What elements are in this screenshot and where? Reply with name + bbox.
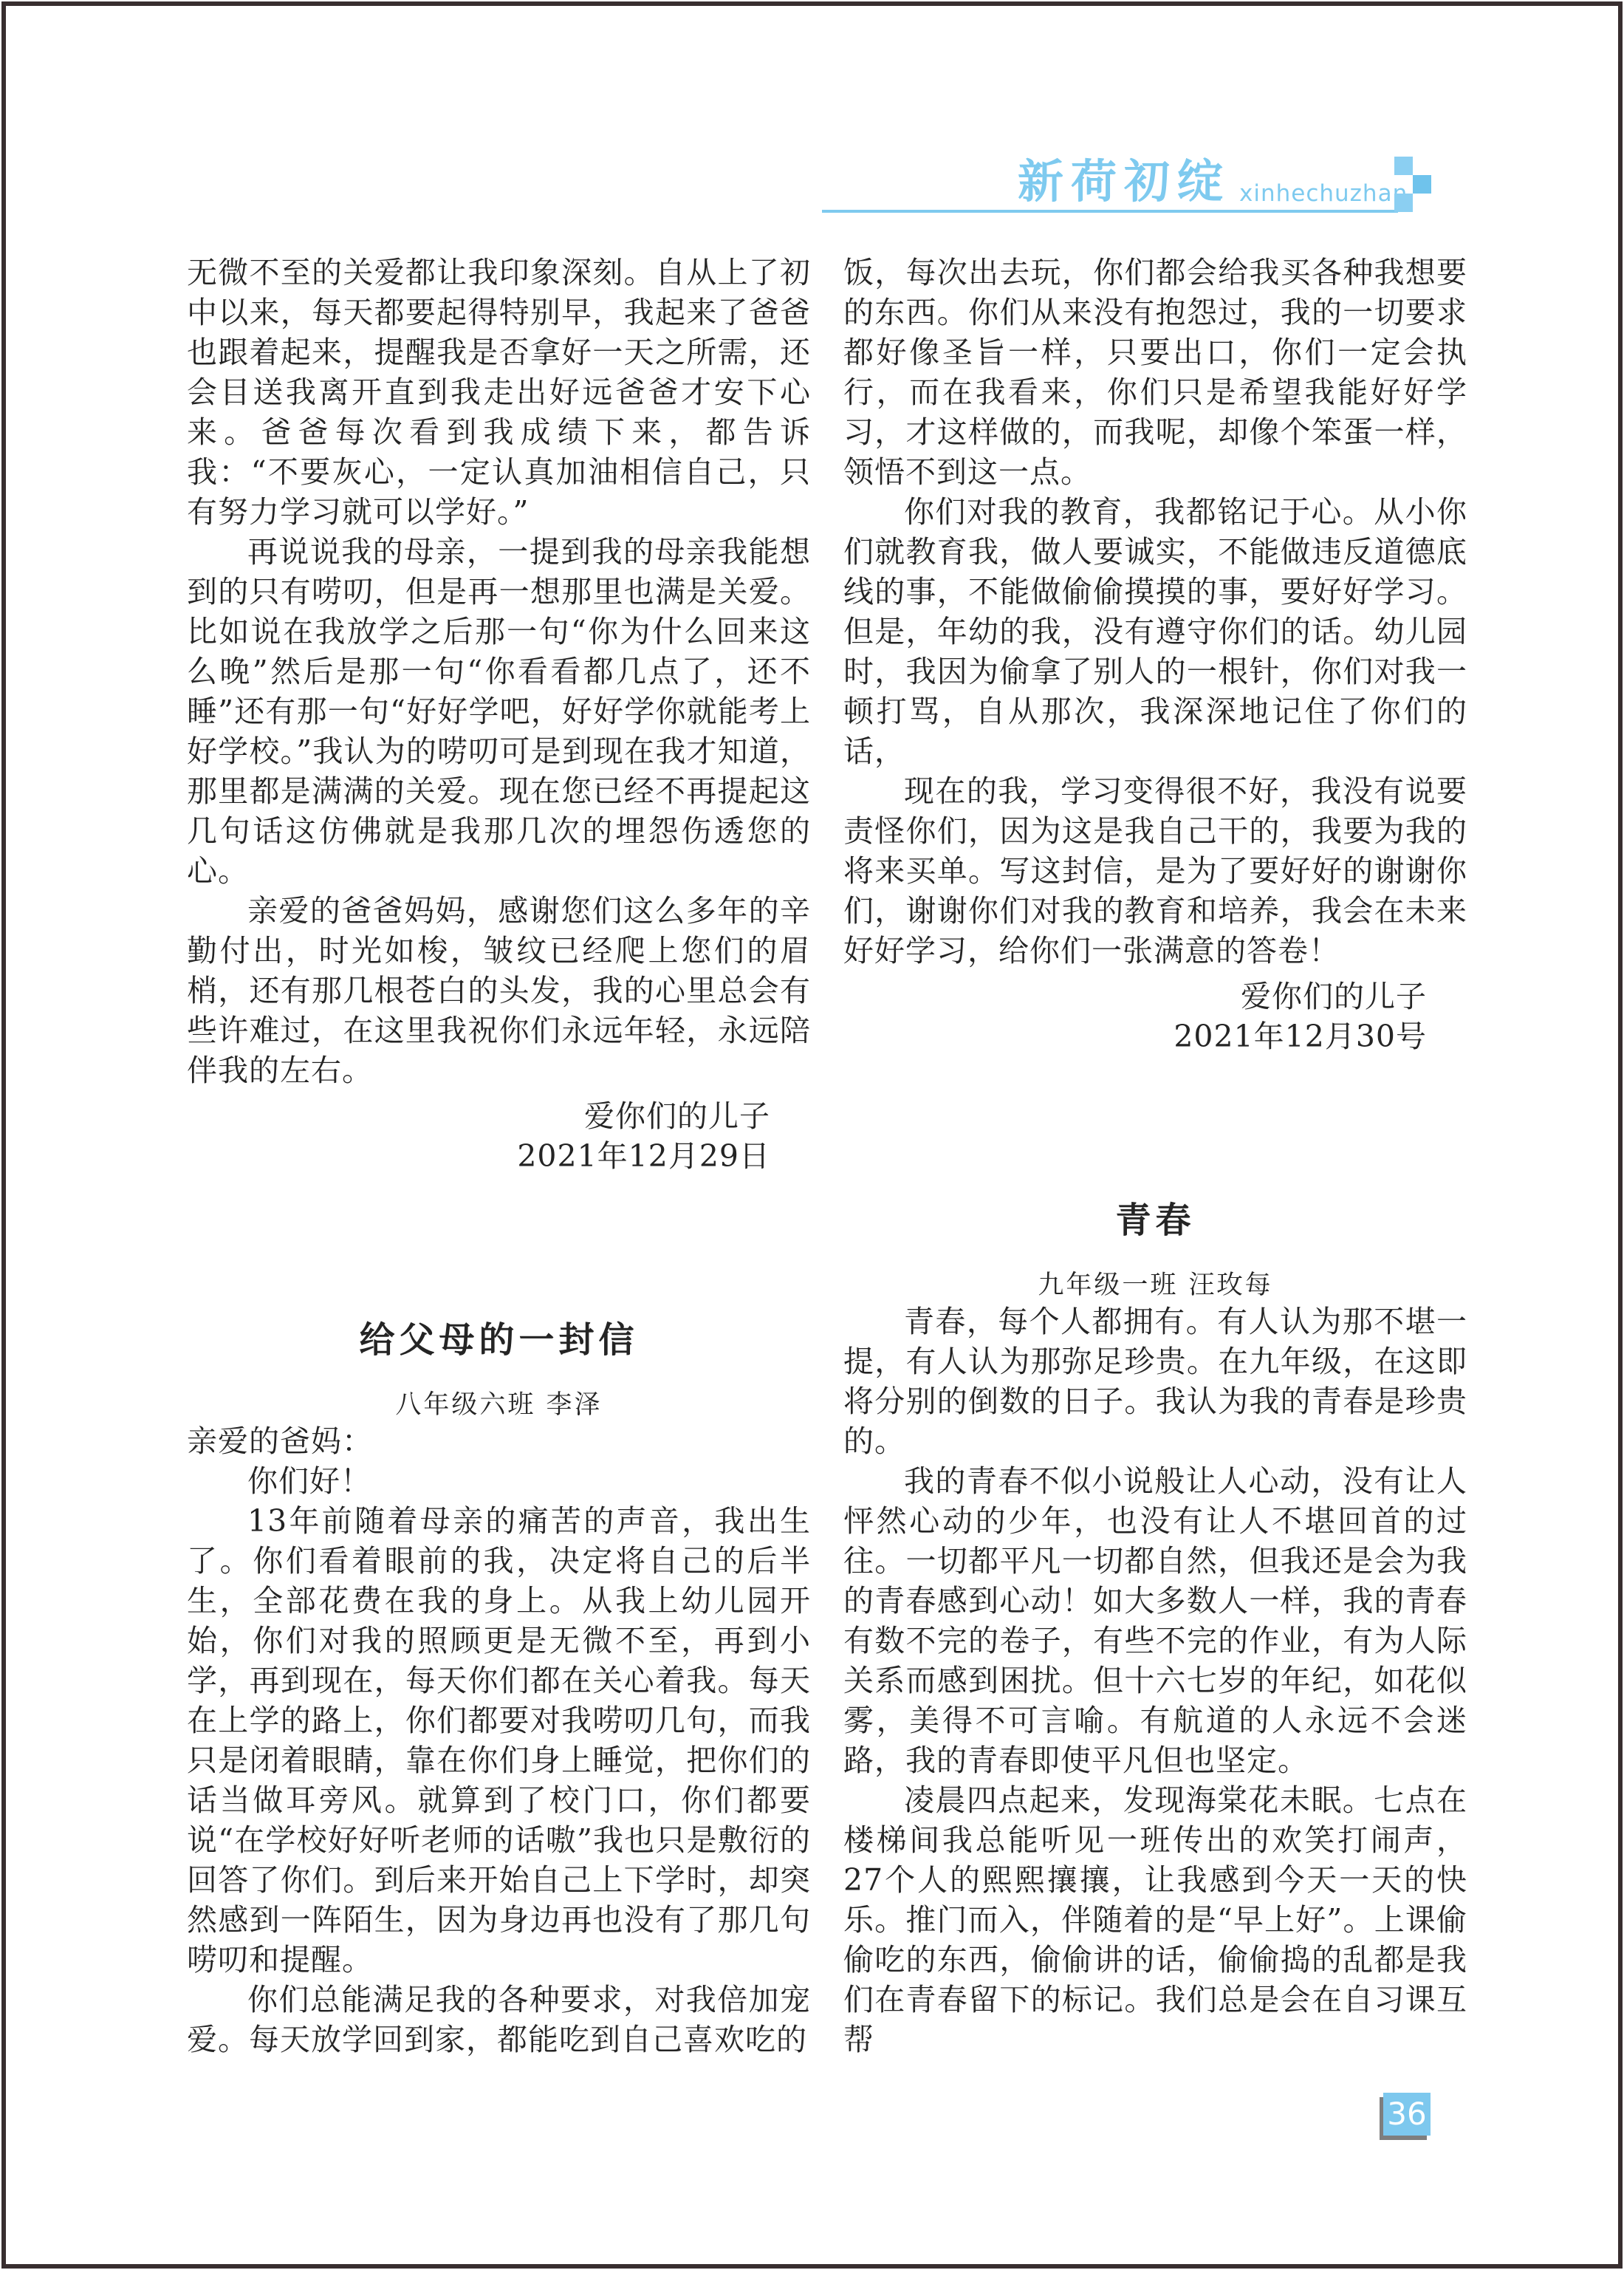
letter-prev-signature: 爱你们的儿子 (187, 1096, 770, 1136)
left-column: 无微不至的关爱都让我印象深刻。自从上了初中以来，每天都要起得特别早，我起来了爸爸… (187, 253, 811, 2059)
page-number-badge: 36 (1383, 2093, 1431, 2136)
youth-paragraph: 我的青春不似小说般让人心动，没有让人怦然心动的少年，也没有让人不堪回首的过往。一… (843, 1461, 1467, 1780)
letter-paragraph: 你们对我的教育，我都铭记于心。从小你们就教育我，做人要诚实，不能做违反道德底线的… (843, 492, 1467, 771)
letter-paragraph: 你们总能满足我的各种要求，对我倍加宠爱。每天放学回到家，都能吃到自己喜欢吃的 (187, 1980, 811, 2059)
letter-prev-paragraph: 亲爱的爸爸妈妈，感谢您们这么多年的辛勤付出，时光如梭，皱纹已经爬上您们的眉梢，还… (187, 891, 811, 1090)
magazine-brand-pinyin: xinhechuzhan (1239, 180, 1408, 207)
article-byline-letter: 八年级六班 李泽 (187, 1389, 811, 1421)
pixel-square-icon (1413, 175, 1431, 194)
youth-paragraph: 凌晨四点起来，发现海棠花未眠。七点在楼梯间我总能听见一班传出的欢笑打闹声，27个… (843, 1780, 1467, 2059)
letter-prev-paragraph: 无微不至的关爱都让我印象深刻。自从上了初中以来，每天都要起得特别早，我起来了爸爸… (187, 253, 811, 532)
letter-date: 2021年12月30号 (843, 1016, 1427, 1056)
letter-signature: 爱你们的儿子 (843, 977, 1427, 1016)
letter-prev-paragraph: 再说说我的母亲，一提到我的母亲我能想到的只有唠叨，但是再一想那里也满是关爱。比如… (187, 532, 811, 891)
letter-greeting: 你们好！ (187, 1461, 811, 1501)
pixel-square-icon (1394, 194, 1413, 212)
magazine-page: 新荷初绽 xinhechuzhan 无微不至的关爱都让我印象深刻。自从上了初中以… (0, 0, 1624, 2270)
article-byline-youth: 九年级一班 汪玫每 (843, 1269, 1467, 1302)
right-column: 饭，每次出去玩，你们都会给我买各种我想要的东西。你们从来没有抱怨过，我的一切要求… (843, 253, 1467, 2059)
pixel-square-icon (1394, 157, 1413, 175)
article-title-youth: 青春 (843, 1198, 1467, 1242)
letter-paragraph: 13年前随着母亲的痛苦的声音，我出生了。你们看着眼前的我，决定将自己的后半生，全… (187, 1501, 811, 1980)
letter-prev-date: 2021年12月29日 (187, 1136, 770, 1176)
letter-paragraph: 现在的我，学习变得很不好，我没有说要责怪你们，因为这是我自己干的，我要为我的将来… (843, 771, 1467, 971)
magazine-brand-title: 新荷初绽 (1018, 145, 1230, 211)
letter-paragraph: 饭，每次出去玩，你们都会给我买各种我想要的东西。你们从来没有抱怨过，我的一切要求… (843, 253, 1467, 492)
youth-paragraph: 青春，每个人都拥有。有人认为那不堪一提，有人认为那弥足珍贵。在九年级，在这即将分… (843, 1302, 1467, 1461)
article-title-letter: 给父母的一封信 (187, 1318, 811, 1362)
letter-salutation: 亲爱的爸妈： (187, 1421, 811, 1461)
